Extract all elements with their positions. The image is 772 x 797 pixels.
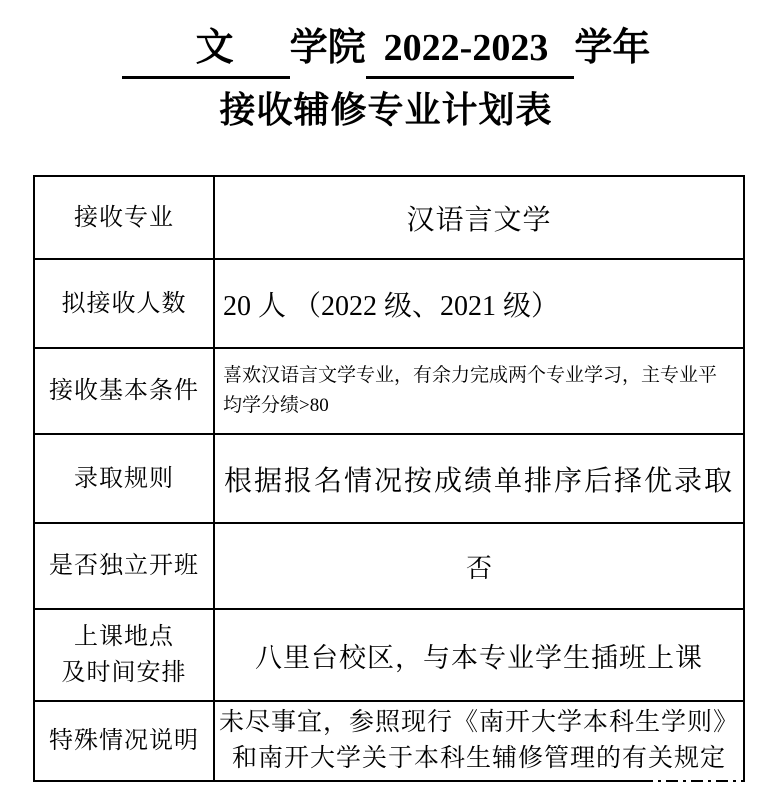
row-independent-class-label: 是否独立开班	[35, 524, 215, 610]
document-page: 文学院2022-2023学年 接收辅修专业计划表 接收专业 汉语言文学 拟接收人…	[0, 0, 772, 797]
row-planned-enrollment-label: 拟接收人数	[35, 260, 215, 349]
college-suffix: 学院	[290, 24, 366, 73]
college-name-fill-in: 文	[122, 24, 290, 79]
row-planned-enrollment-value: 20 人 （2022 级、2021 级）	[215, 260, 743, 349]
year-suffix: 学年	[574, 24, 650, 73]
row-accepted-major-label: 接收专业	[35, 177, 215, 260]
row-basic-requirements-value: 喜欢汉语言文学专业，有余力完成两个专业学习，主专业平 均学分绩>80	[215, 349, 743, 435]
row-admission-rule-label: 录取规则	[35, 435, 215, 524]
title-line2: 接收辅修专业计划表	[0, 89, 772, 132]
row-independent-class-value: 否	[215, 524, 743, 610]
row-admission-rule-value: 根据报名情况按成绩单排序后择优录取	[215, 435, 743, 524]
row-accepted-major-value: 汉语言文学	[215, 177, 743, 260]
row-class-location-schedule-value: 八里台校区，与本专业学生插班上课	[215, 610, 743, 702]
row-basic-requirements-label: 接收基本条件	[35, 349, 215, 435]
title-line1: 文学院2022-2023学年	[0, 24, 772, 79]
page-continuation-dashdot-border	[653, 780, 741, 782]
academic-year-fill-in: 2022-2023	[366, 24, 575, 79]
row-special-notes-value: 未尽事宜，参照现行《南开大学本科生学则》 和南开大学关于本科生辅修管理的有关规定	[215, 702, 743, 780]
minor-program-plan-table: 接收专业 汉语言文学 拟接收人数 20 人 （2022 级、2021 级） 接收…	[33, 175, 745, 782]
document-title: 文学院2022-2023学年 接收辅修专业计划表	[0, 24, 772, 133]
row-class-location-schedule-label: 上课地点 及时间安排	[35, 610, 215, 702]
row-special-notes-label: 特殊情况说明	[35, 702, 215, 780]
